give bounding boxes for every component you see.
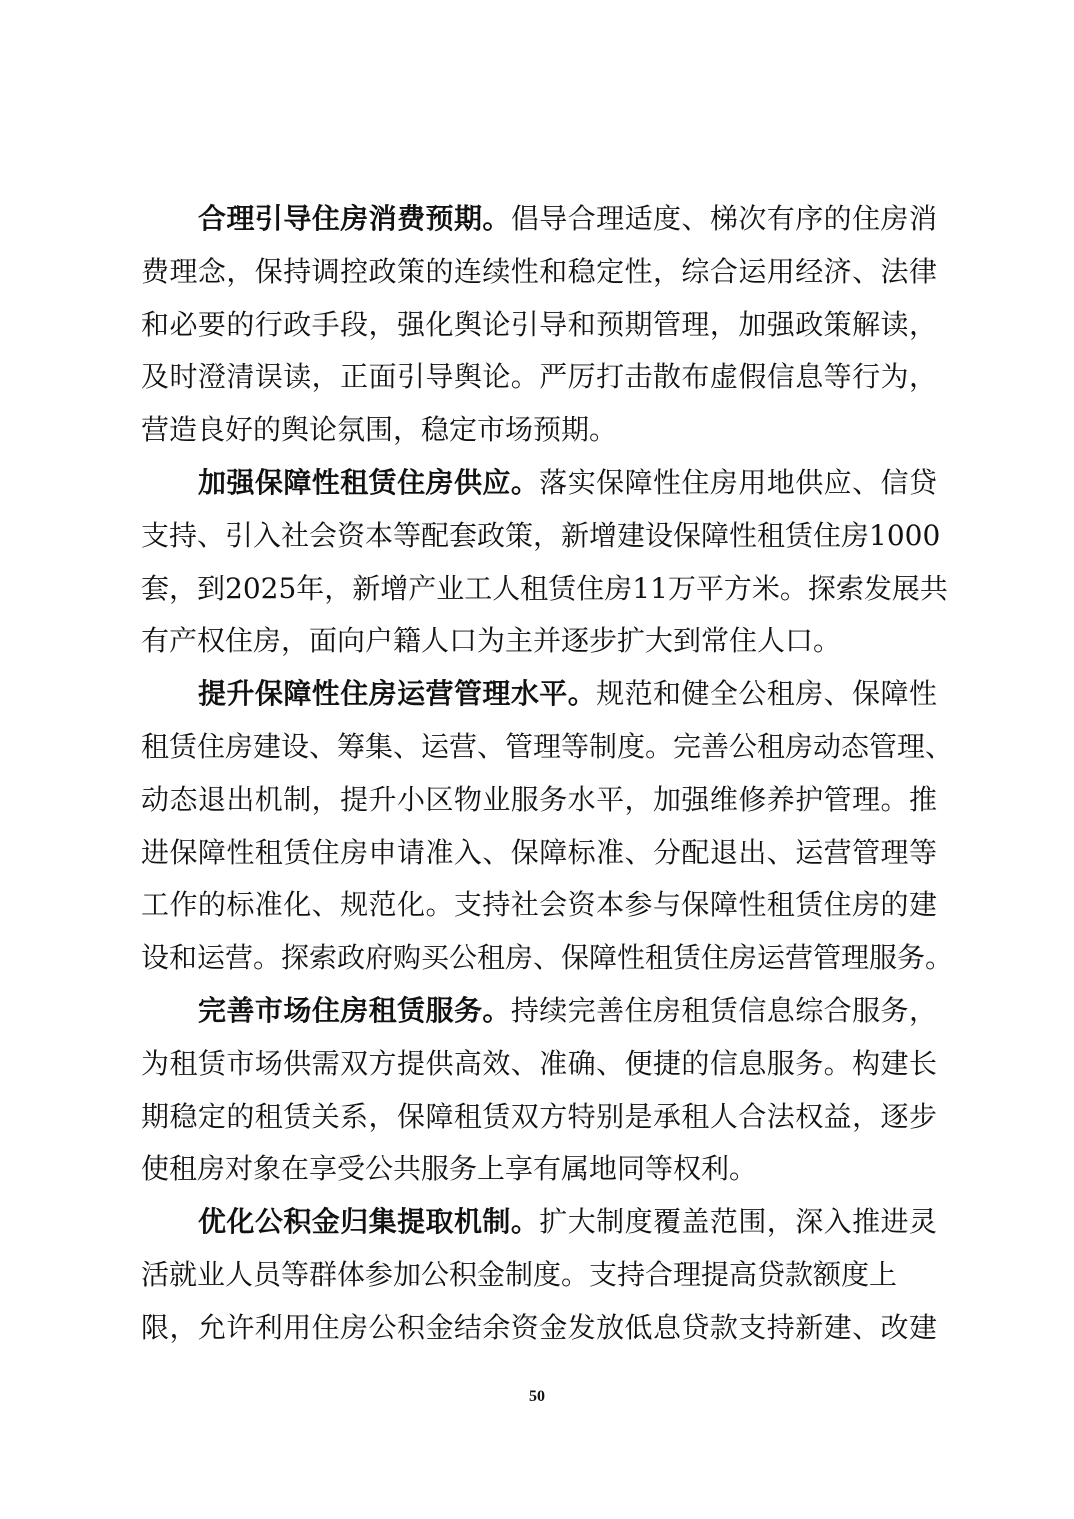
- document-page: 合理引导住房消费预期。倡导合理适度、梯次有序的住房消 费理念，保持调控政策的连续…: [0, 0, 1074, 1519]
- paragraph-text: 持续完善住房租赁信息综合服务，: [511, 994, 937, 1027]
- paragraph-line: 套，到2025年，新增产业工人租赁住房11万平方米。探索发展共: [141, 563, 937, 616]
- paragraph-text: 扩大制度覆盖范围，深入推进灵: [539, 1205, 937, 1238]
- paragraph-text: 倡导合理适度、梯次有序的住房消: [511, 202, 937, 235]
- paragraph-line: 有产权住房，面向户籍人口为主并逐步扩大到常住人口。: [141, 615, 937, 668]
- paragraph-line: 费理念，保持调控政策的连续性和稳定性，综合运用经济、法律: [141, 246, 937, 299]
- paragraph-text: 落实保障性住房用地供应、信贷: [539, 466, 937, 499]
- paragraph-line: 营造良好的舆论氛围，稳定市场预期。: [141, 404, 937, 457]
- paragraph-title: 优化公积金归集提取机制。: [198, 1205, 539, 1238]
- paragraph-line: 加强保障性租赁住房供应。落实保障性住房用地供应、信贷: [141, 457, 937, 510]
- paragraph-line: 合理引导住房消费预期。倡导合理适度、梯次有序的住房消: [141, 193, 937, 246]
- paragraph-title: 提升保障性住房运营管理水平。: [198, 677, 596, 710]
- body-text: 合理引导住房消费预期。倡导合理适度、梯次有序的住房消 费理念，保持调控政策的连续…: [141, 193, 937, 1355]
- paragraph-line: 和必要的行政手段，强化舆论引导和预期管理，加强政策解读，: [141, 299, 937, 352]
- paragraph-line: 为租赁市场供需双方提供高效、准确、便捷的信息服务。构建长: [141, 1038, 937, 1091]
- paragraph-line: 设和运营。探索政府购买公租房、保障性租赁住房运营管理服务。: [141, 932, 937, 985]
- page-number: 50: [0, 1388, 1074, 1406]
- paragraph-line: 及时澄清误读，正面引导舆论。严厉打击散布虚假信息等行为，: [141, 351, 937, 404]
- paragraph-line: 使租房对象在享受公共服务上享有属地同等权利。: [141, 1143, 937, 1196]
- paragraph-line: 进保障性租赁住房申请准入、保障标准、分配退出、运营管理等: [141, 827, 937, 880]
- paragraph-line: 工作的标准化、规范化。支持社会资本参与保障性租赁住房的建: [141, 879, 937, 932]
- paragraph-title: 加强保障性租赁住房供应。: [198, 466, 539, 499]
- paragraph-title: 合理引导住房消费预期。: [198, 202, 511, 235]
- paragraph-line: 期稳定的租赁关系，保障租赁双方特别是承租人合法权益，逐步: [141, 1091, 937, 1144]
- paragraph-line: 完善市场住房租赁服务。持续完善住房租赁信息综合服务，: [141, 985, 937, 1038]
- paragraph-title: 完善市场住房租赁服务。: [198, 994, 511, 1027]
- paragraph-line: 限，允许利用住房公积金结余资金发放低息贷款支持新建、改建: [141, 1302, 937, 1355]
- paragraph-line: 支持、引入社会资本等配套政策，新增建设保障性租赁住房1000: [141, 510, 937, 563]
- paragraph-line: 动态退出机制，提升小区物业服务水平，加强维修养护管理。推: [141, 774, 937, 827]
- paragraph-line: 活就业人员等群体参加公积金制度。支持合理提高贷款额度上: [141, 1249, 937, 1302]
- paragraph-text: 规范和健全公租房、保障性: [596, 677, 937, 710]
- paragraph-line: 租赁住房建设、筹集、运营、管理等制度。完善公租房动态管理、: [141, 721, 937, 774]
- paragraph-line: 提升保障性住房运营管理水平。规范和健全公租房、保障性: [141, 668, 937, 721]
- paragraph-line: 优化公积金归集提取机制。扩大制度覆盖范围，深入推进灵: [141, 1196, 937, 1249]
